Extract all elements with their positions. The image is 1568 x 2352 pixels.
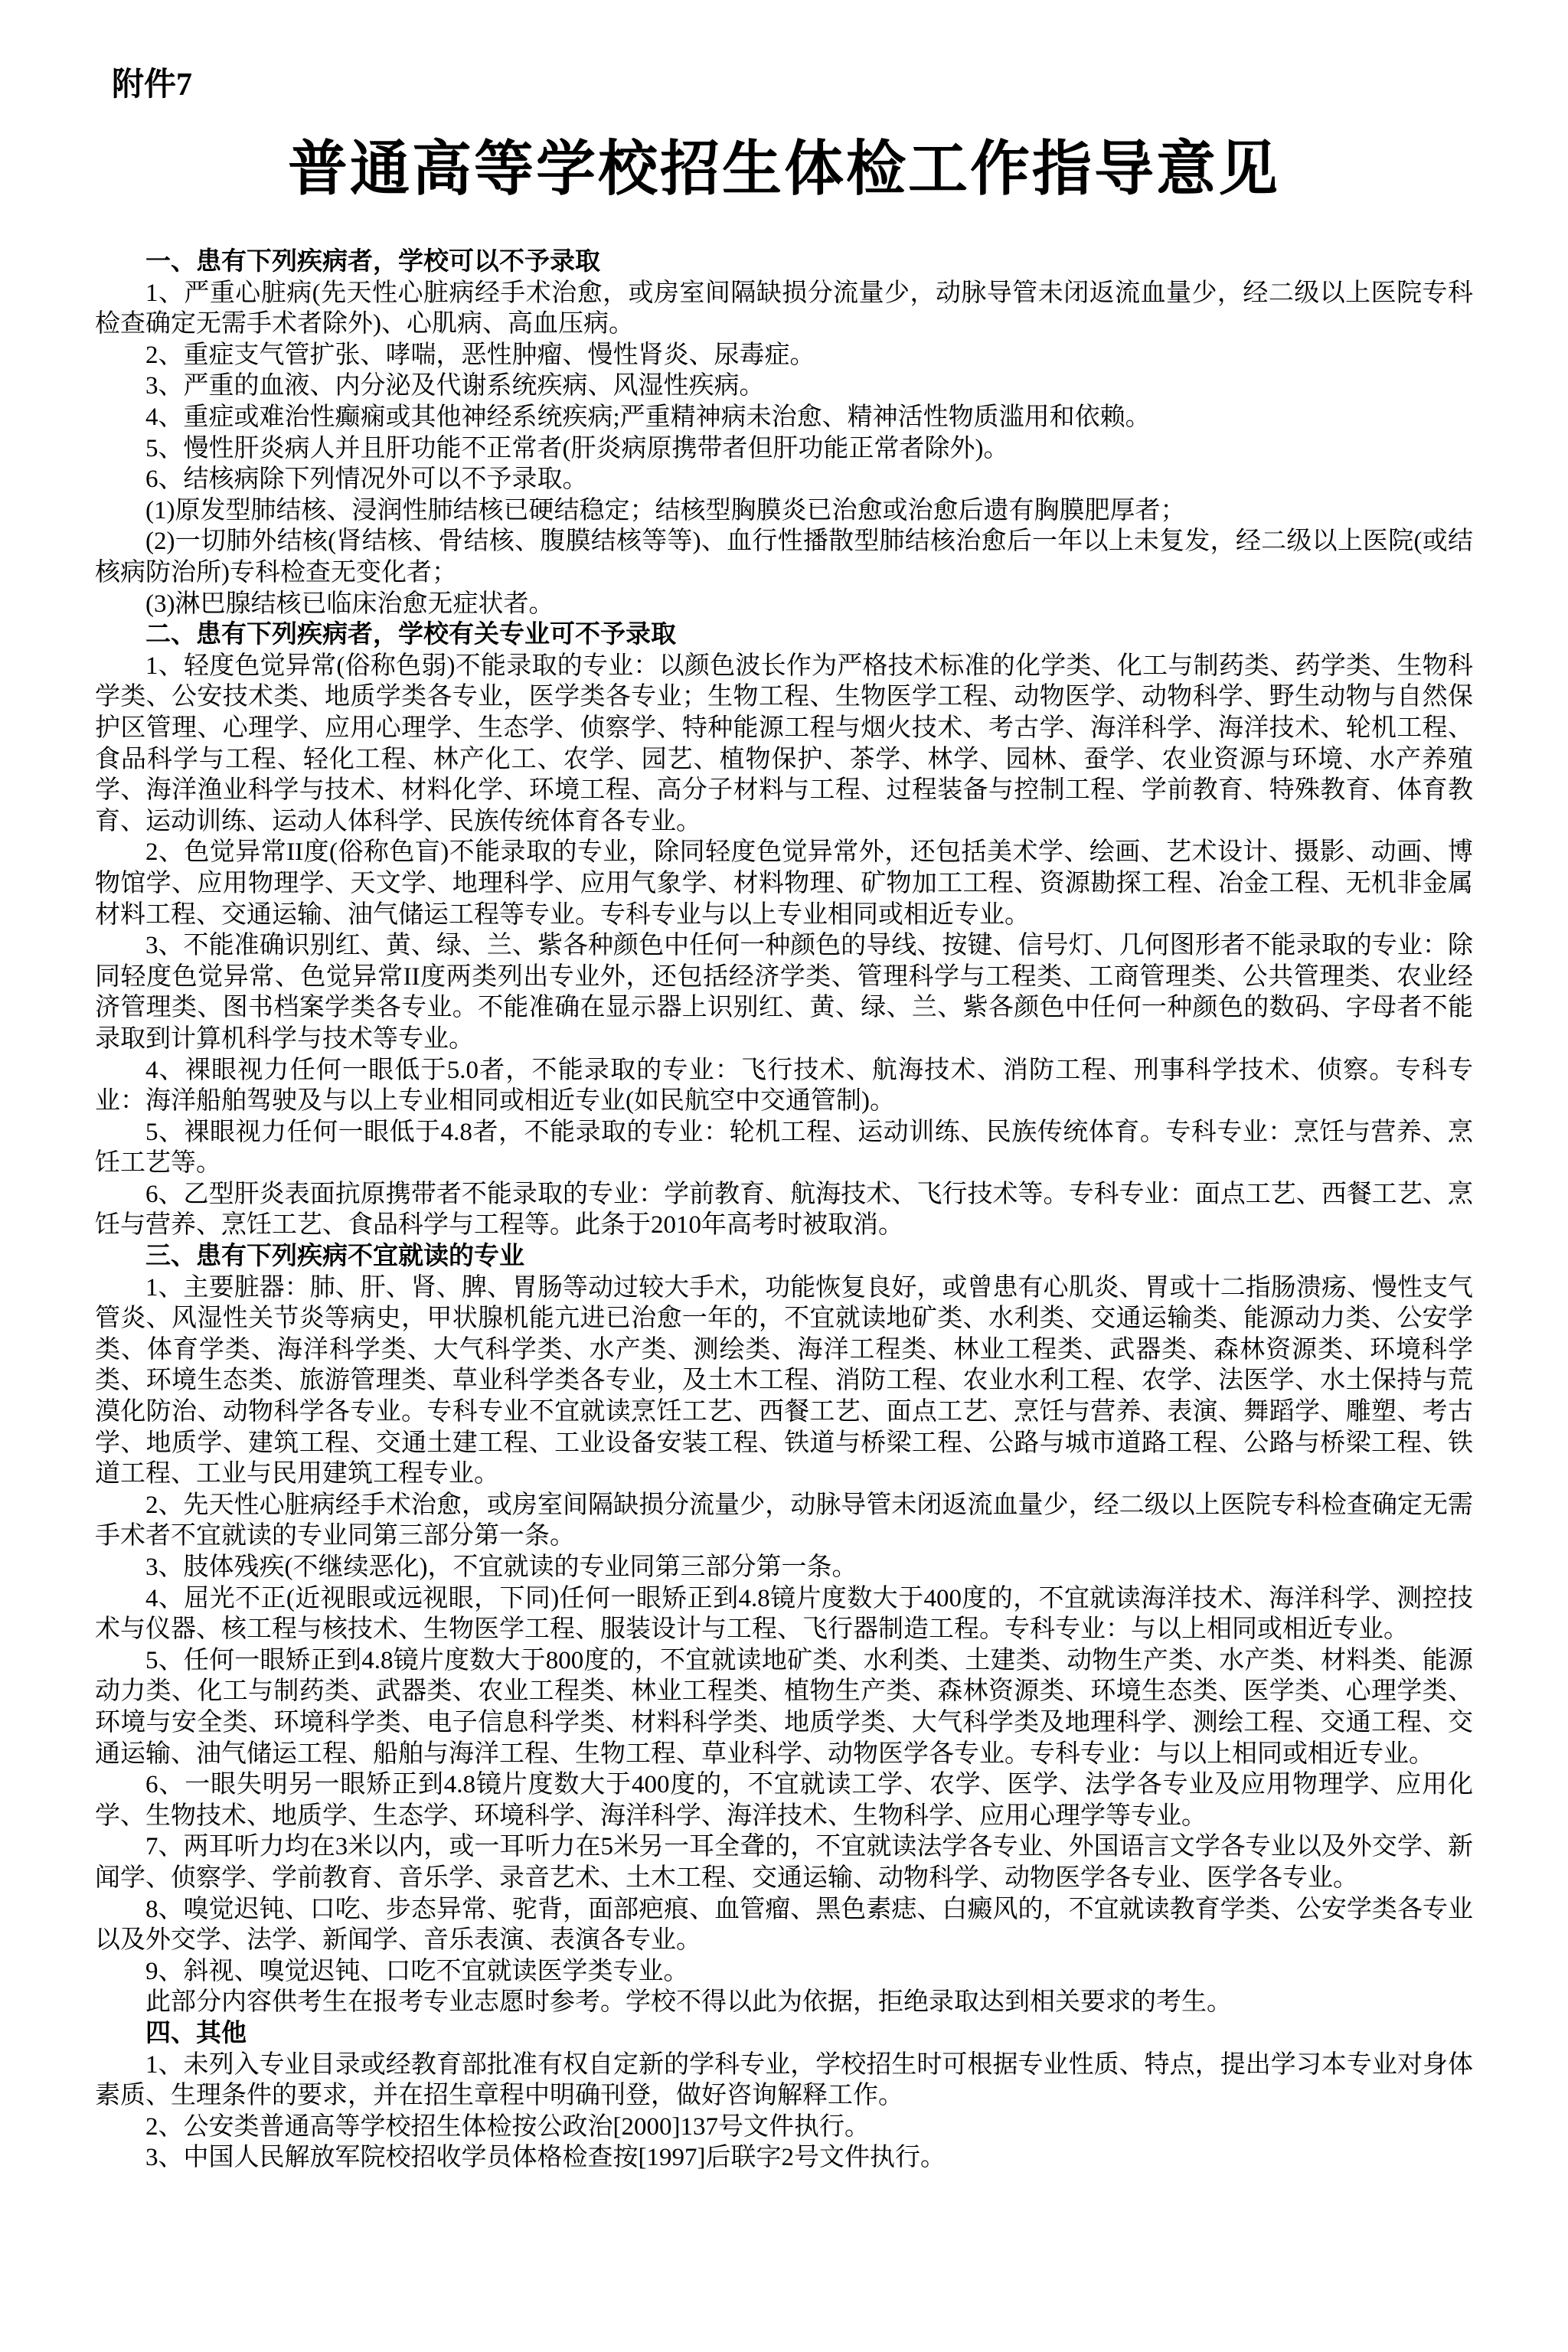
paragraph: 此部分内容供考生在报考专业志愿时参考。学校不得以此为依据，拒绝录取达到相关要求的… <box>95 1987 1473 2018</box>
paragraph: 9、斜视、嗅觉迟钝、口吃不宜就读医学类专业。 <box>95 1956 1473 1988</box>
paragraph: 1、主要脏器：肺、肝、肾、脾、胃肠等动过较大手术，功能恢复良好，或曾患有心肌炎、… <box>95 1272 1473 1490</box>
paragraph: 1、严重心脏病(先天性心脏病经手术治愈，或房室间隔缺损分流量少，动脉导管未闭返流… <box>95 278 1473 340</box>
paragraph: 1、未列入专业目录或经教育部批准有权自定新的学科专业，学校招生时可根据专业性质、… <box>95 2050 1473 2112</box>
paragraph: (3)淋巴腺结核已临床治愈无症状者。 <box>95 589 1473 620</box>
paragraph: (2)一切肺外结核(肾结核、骨结核、腹膜结核等等)、血行性播散型肺结核治愈后一年… <box>95 526 1473 588</box>
page-title: 普通高等学校招生体检工作指导意见 <box>0 135 1568 204</box>
document-body: 一、患有下列疾病者，学校可以不予录取1、严重心脏病(先天性心脏病经手术治愈，或房… <box>95 247 1473 2174</box>
attachment-label: 附件7 <box>112 66 1568 104</box>
paragraph: 7、两耳听力均在3米以内，或一耳听力在5米另一耳全聋的，不宜就读法学各专业、外国… <box>95 1831 1473 1893</box>
paragraph: 2、先天性心脏病经手术治愈，或房室间隔缺损分流量少，动脉导管未闭返流血量少，经二… <box>95 1490 1473 1552</box>
paragraph: (1)原发型肺结核、浸润性肺结核已硬结稳定；结核型胸膜炎已治愈或治愈后遗有胸膜肥… <box>95 495 1473 527</box>
document-page: 附件7 普通高等学校招生体检工作指导意见 一、患有下列疾病者，学校可以不予录取1… <box>0 0 1568 2352</box>
section-heading: 四、其他 <box>95 2018 1473 2050</box>
section-heading: 一、患有下列疾病者，学校可以不予录取 <box>95 247 1473 278</box>
paragraph: 3、严重的血液、内分泌及代谢系统疾病、风湿性疾病。 <box>95 371 1473 402</box>
paragraph: 5、裸眼视力任何一眼低于4.8者，不能录取的专业：轮机工程、运动训练、民族传统体… <box>95 1117 1473 1179</box>
paragraph: 2、公安类普通高等学校招生体检按公政治[2000]137号文件执行。 <box>95 2112 1473 2143</box>
paragraph: 3、不能准确识别红、黄、绿、兰、紫各种颜色中任何一种颜色的导线、按键、信号灯、几… <box>95 930 1473 1054</box>
paragraph: 8、嗅觉迟钝、口吃、步态异常、驼背，面部疤痕、血管瘤、黑色素痣、白癜风的，不宜就… <box>95 1894 1473 1956</box>
paragraph: 3、肢体残疾(不继续恶化)，不宜就读的专业同第三部分第一条。 <box>95 1552 1473 1583</box>
paragraph: 4、重症或难治性癫痫或其他神经系统疾病;严重精神病未治愈、精神活性物质滥用和依赖… <box>95 402 1473 433</box>
paragraph: 2、色觉异常II度(俗称色盲)不能录取的专业，除同轻度色觉异常外，还包括美术学、… <box>95 837 1473 930</box>
section-heading: 二、患有下列疾病者，学校有关专业可不予录取 <box>95 619 1473 651</box>
paragraph: 3、中国人民解放军院校招收学员体格检查按[1997]后联字2号文件执行。 <box>95 2142 1473 2174</box>
paragraph: 6、乙型肝炎表面抗原携带者不能录取的专业：学前教育、航海技术、飞行技术等。专科专… <box>95 1179 1473 1241</box>
section-heading: 三、患有下列疾病不宜就读的专业 <box>95 1241 1473 1272</box>
paragraph: 5、任何一眼矫正到4.8镜片度数大于800度的，不宜就读地矿类、水利类、土建类、… <box>95 1645 1473 1769</box>
paragraph: 1、轻度色觉异常(俗称色弱)不能录取的专业：以颜色波长作为严格技术标准的化学类、… <box>95 651 1473 838</box>
paragraph: 2、重症支气管扩张、哮喘，恶性肿瘤、慢性肾炎、尿毒症。 <box>95 340 1473 371</box>
paragraph: 4、屈光不正(近视眼或远视眼，下同)任何一眼矫正到4.8镜片度数大于400度的，… <box>95 1583 1473 1645</box>
paragraph: 6、结核病除下列情况外可以不予录取。 <box>95 464 1473 495</box>
paragraph: 6、一眼失明另一眼矫正到4.8镜片度数大于400度的，不宜就读工学、农学、医学、… <box>95 1769 1473 1831</box>
paragraph: 5、慢性肝炎病人并且肝功能不正常者(肝炎病原携带者但肝功能正常者除外)。 <box>95 433 1473 465</box>
paragraph: 4、裸眼视力任何一眼低于5.0者，不能录取的专业：飞行技术、航海技术、消防工程、… <box>95 1055 1473 1117</box>
